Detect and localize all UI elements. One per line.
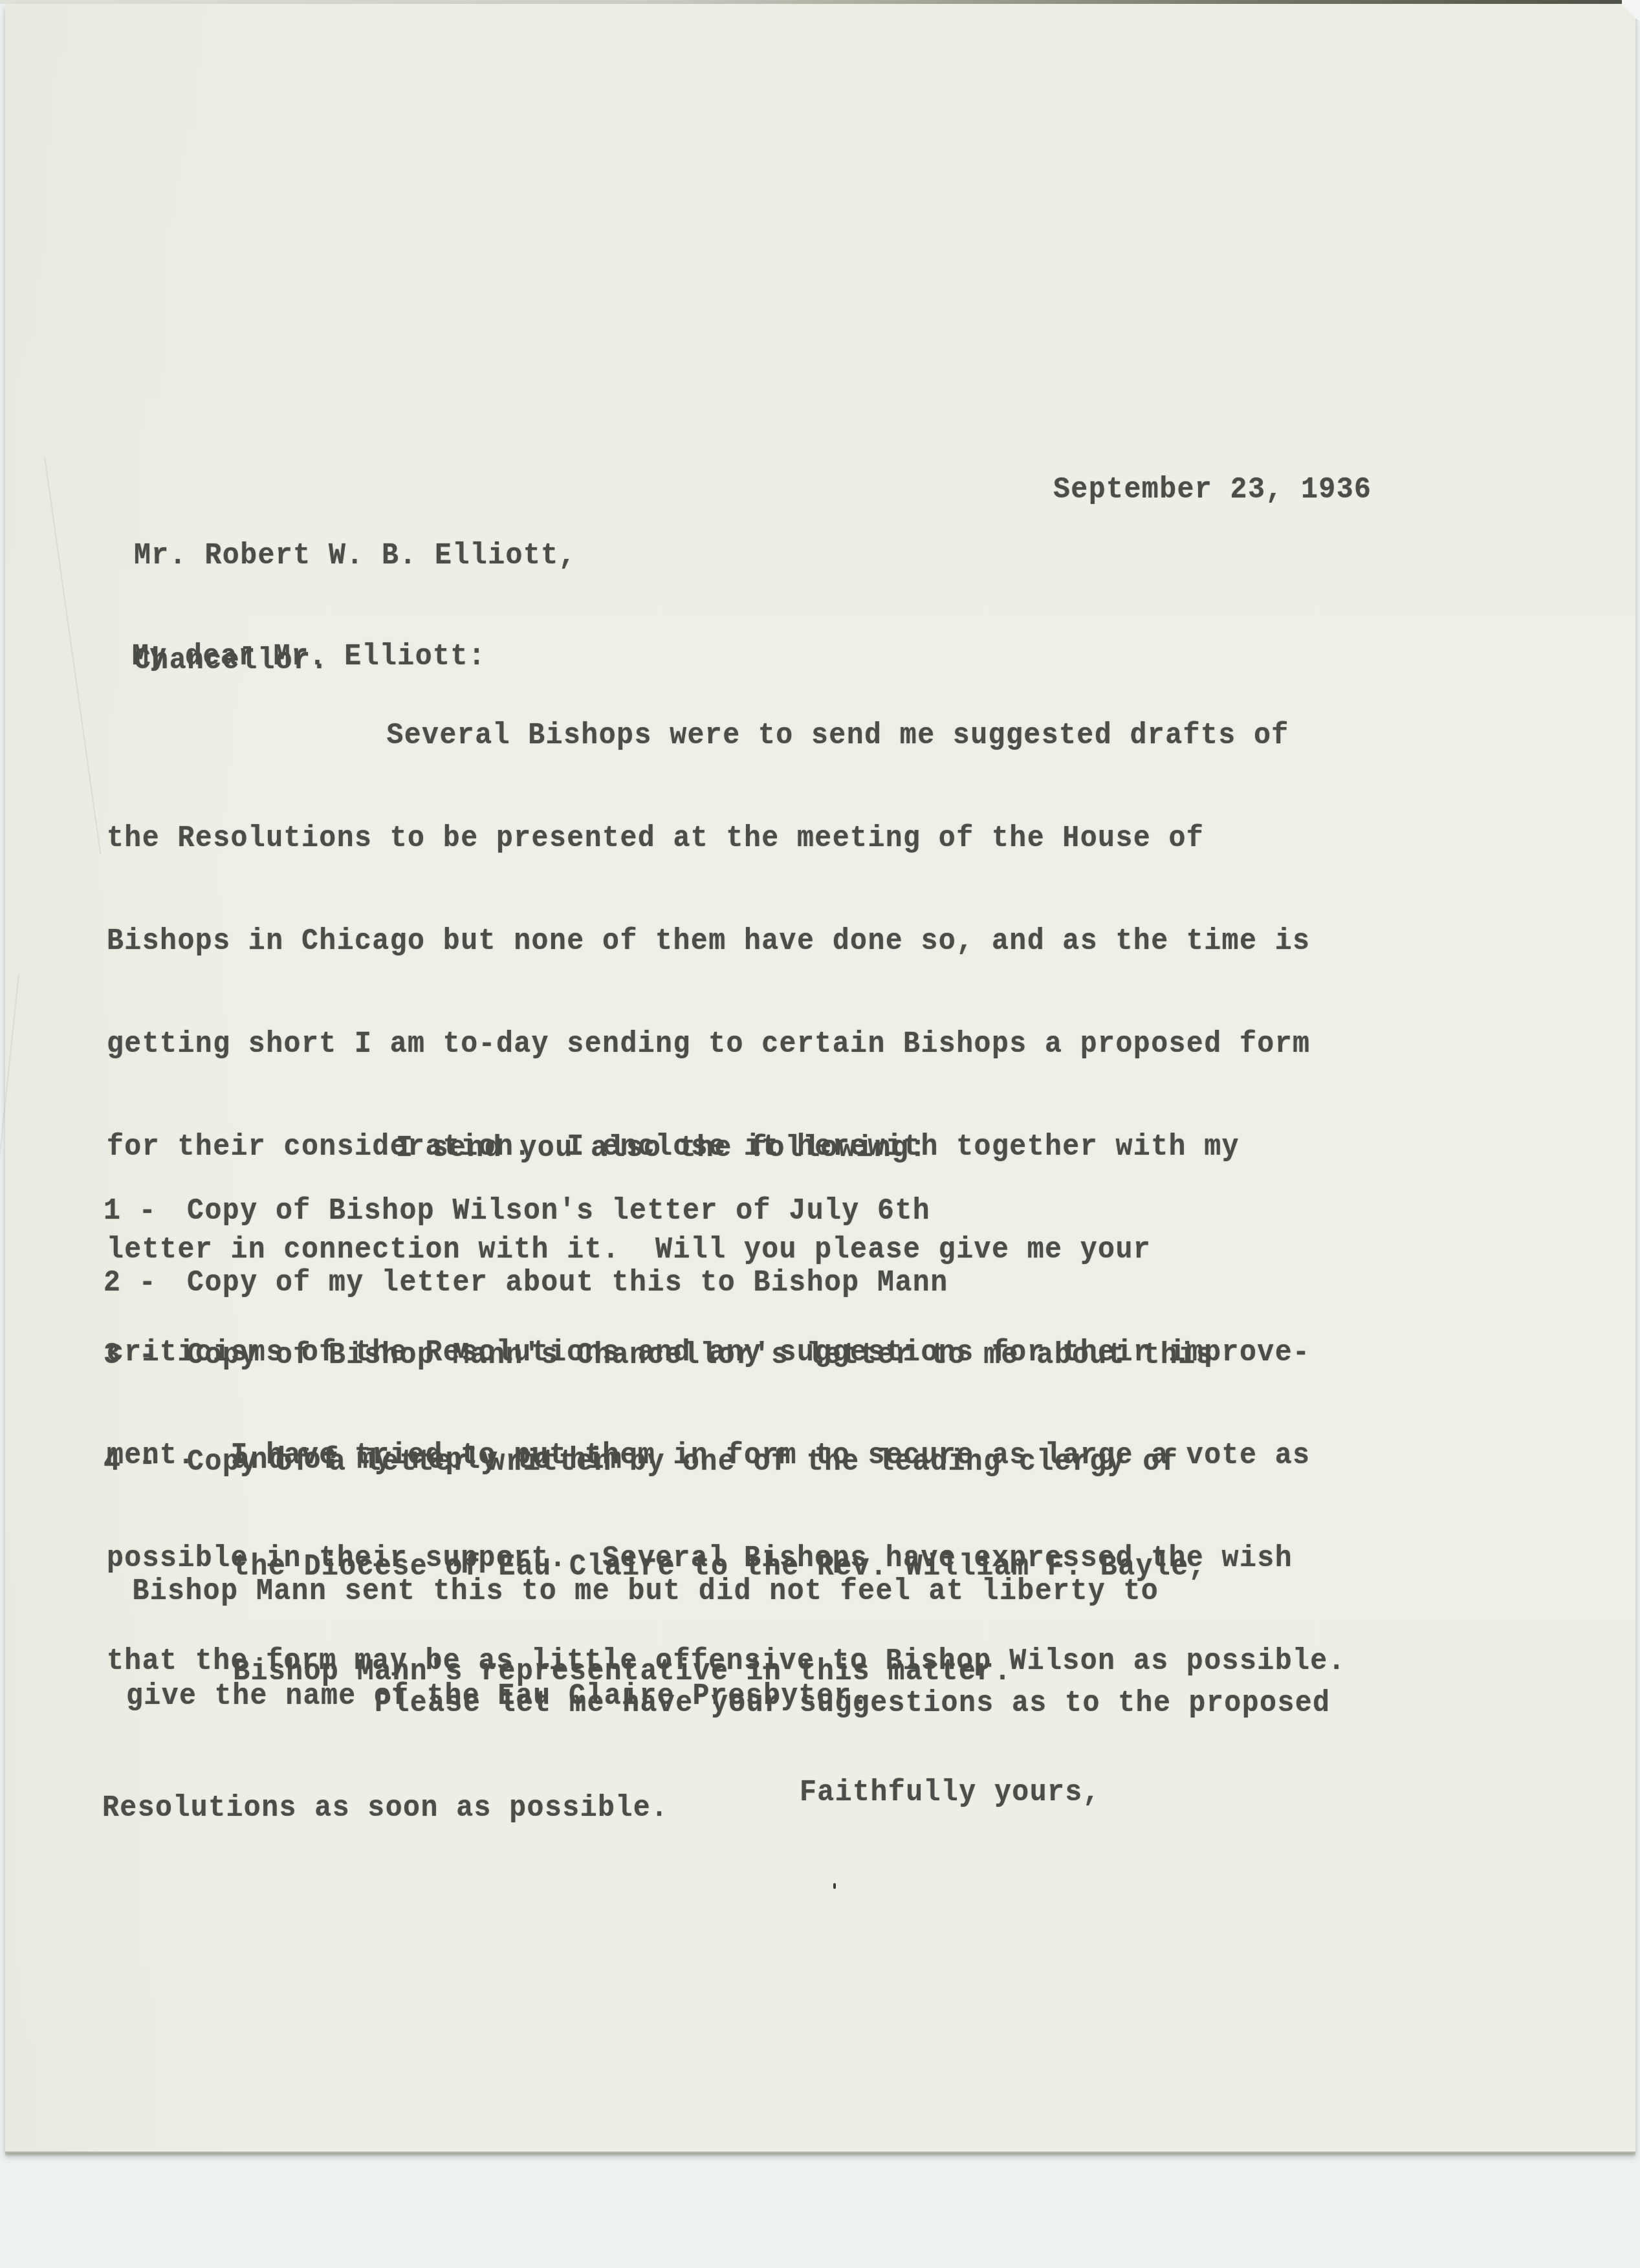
enclosure-number: 3 -: [104, 1338, 157, 1372]
body-line: getting short I am to-day sending to cer…: [107, 1027, 1346, 1062]
enclosure-number: 4 -: [104, 1445, 157, 1479]
ink-speck: [833, 1883, 836, 1889]
enclosure-text: Copy of a letter written by one of the l…: [187, 1445, 1178, 1479]
closing-paragraph: Please let me have your suggestions as t…: [102, 1616, 1330, 1860]
body-line: Bishops in Chicago but none of them have…: [107, 924, 1346, 959]
body-line: Several Bishops were to send me suggeste…: [107, 719, 1346, 753]
body-line: the Resolutions to be presented at the m…: [107, 822, 1346, 856]
letter-date: September 23, 1936: [1053, 402, 1372, 542]
complimentary-close: Faithfully yours,: [800, 1705, 1100, 1845]
recipient-name: Mr. Robert W. B. Elliott,: [134, 538, 576, 573]
enclosure-text: Copy of Bishop Mann's Chancellor's lette…: [187, 1338, 1214, 1372]
paper-crease: [44, 457, 101, 854]
folded-corner: [1622, 0, 1640, 26]
